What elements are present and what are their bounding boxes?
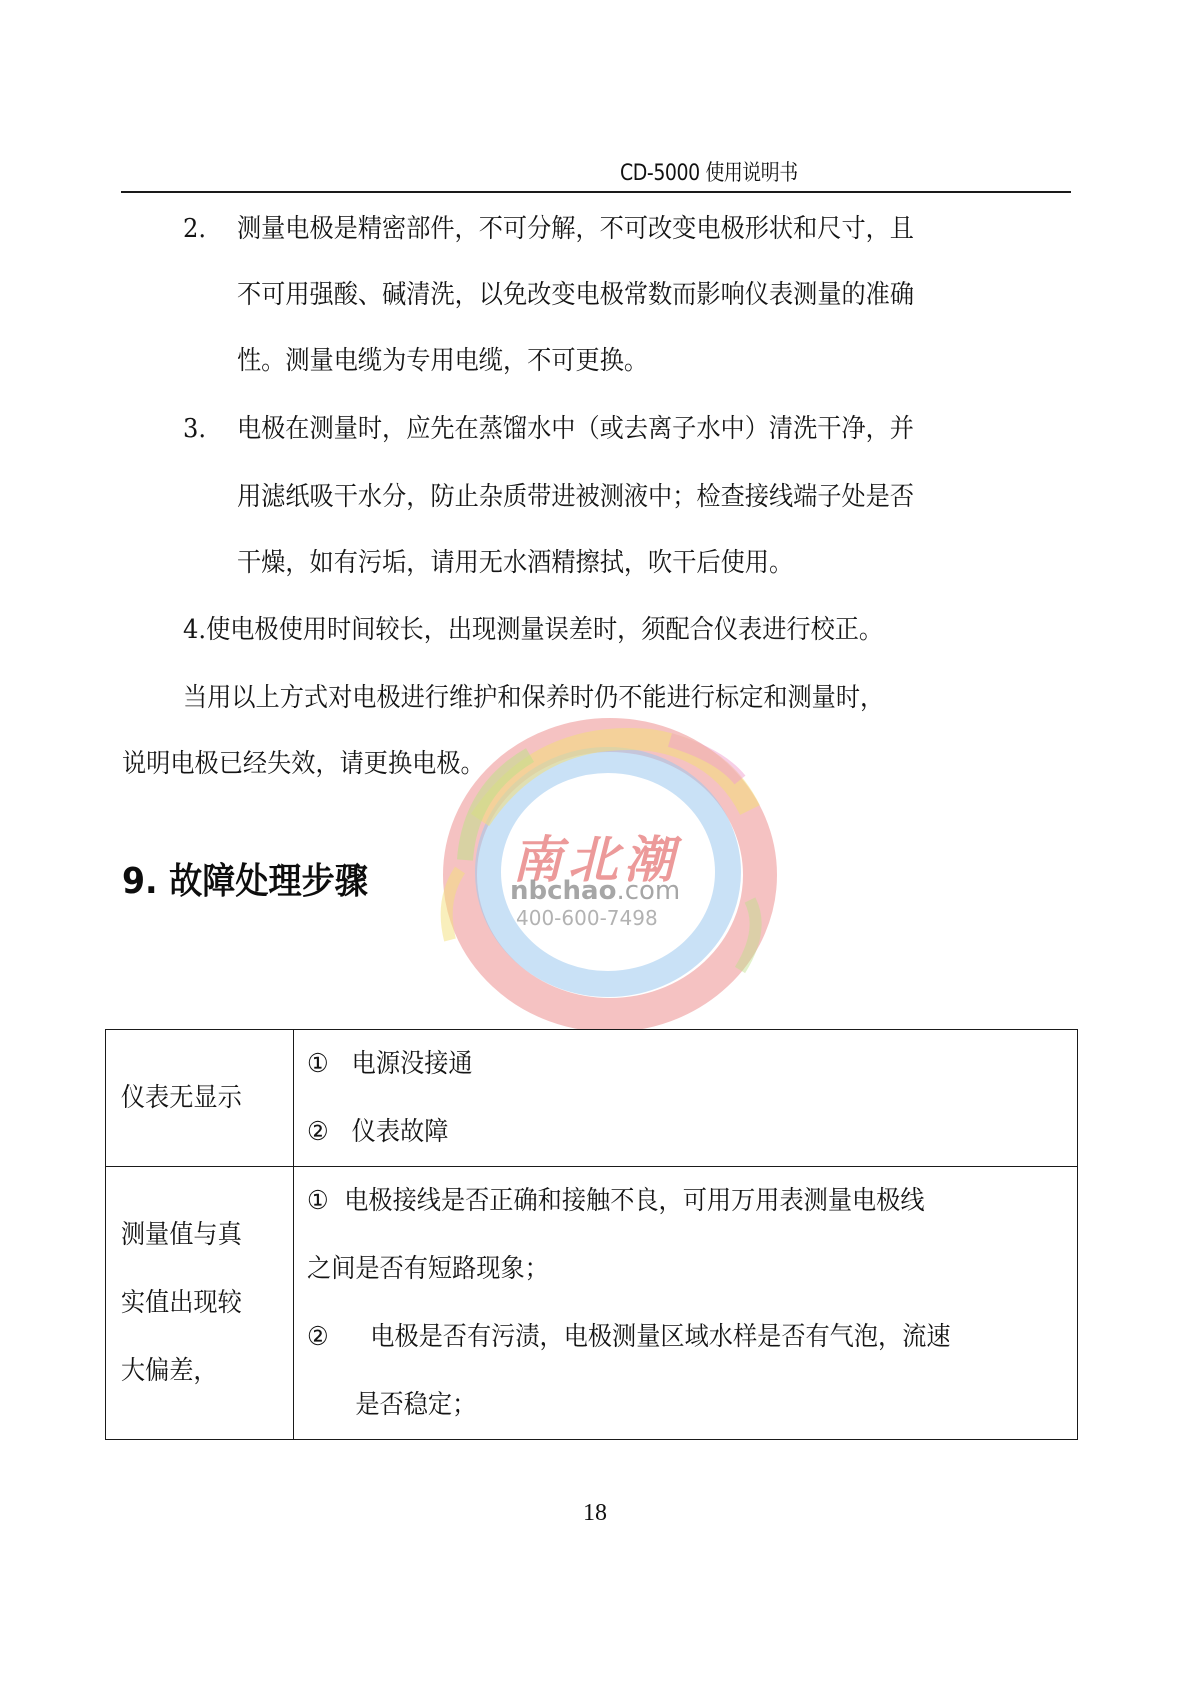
section-heading: 9. 故障处理步骤 bbox=[122, 862, 368, 902]
watermark-site-name: nbchao bbox=[510, 876, 616, 906]
closing-paragraph-line-2: 说明电极已经失效，请更换电极。 bbox=[122, 749, 485, 779]
symptom-cell: 测量值与真 实值出现较 大偏差， bbox=[106, 1167, 294, 1440]
cause-cell: ①电极接线是否正确和接触不良，可用万用表测量电极线 之间是否有短路现象； ②电极… bbox=[294, 1167, 1078, 1440]
cause-item: ①电源没接通 bbox=[294, 1030, 1022, 1098]
list-number: 3. bbox=[183, 414, 237, 444]
list-text: 测量电极是精密部件，不可分解，不可改变电极形状和尺寸，且 bbox=[237, 214, 914, 244]
manual-page: CD-5000 使用说明书 南北潮 nbchao.com 400-600-749… bbox=[0, 0, 1200, 1697]
list-item-2-line-2: 不可用强酸、碱清洗，以免改变电极常数而影响仪表测量的准确 bbox=[237, 280, 914, 310]
list-item-4: 4.使电极使用时间较长，出现测量误差时，须配合仪表进行校正。 bbox=[183, 615, 883, 645]
symptom-text-line: 实值出现较 bbox=[106, 1269, 280, 1337]
cause-text: 电极是否有污渍，电极测量区域水样是否有气泡，流速 bbox=[370, 1322, 950, 1352]
cause-item: ①电极接线是否正确和接触不良，可用万用表测量电极线 bbox=[294, 1167, 1022, 1235]
table-row: 测量值与真 实值出现较 大偏差， ①电极接线是否正确和接触不良，可用万用表测量电… bbox=[106, 1167, 1078, 1440]
page-number: 18 bbox=[583, 1500, 607, 1527]
cause-item-continued: 是否稳定； bbox=[294, 1371, 1022, 1439]
cause-text: 电极接线是否正确和接触不良，可用万用表测量电极线 bbox=[344, 1186, 924, 1216]
symptom-text: 仪表无显示 bbox=[106, 1064, 280, 1132]
symptom-text-line: 大偏差， bbox=[106, 1337, 280, 1405]
watermark-site-suffix: .com bbox=[616, 876, 680, 906]
list-item-2-line-1: 2.测量电极是精密部件，不可分解，不可改变电极形状和尺寸，且 bbox=[183, 214, 914, 244]
cause-item-continued: 之间是否有短路现象； bbox=[294, 1235, 1022, 1303]
circled-number: ① bbox=[307, 1030, 352, 1098]
watermark-phone: 400-600-7498 bbox=[516, 906, 658, 930]
symptom-cell: 仪表无显示 bbox=[106, 1030, 294, 1167]
list-number: 2. bbox=[183, 214, 237, 244]
circled-number: ② bbox=[307, 1303, 370, 1371]
watermark-site: nbchao.com bbox=[510, 876, 680, 906]
list-item-2-line-3: 性。测量电缆为专用电缆，不可更换。 bbox=[237, 346, 648, 376]
header-rule bbox=[121, 191, 1071, 193]
cause-item: ②电极是否有污渍，电极测量区域水样是否有气泡，流速 bbox=[294, 1303, 1022, 1371]
troubleshooting-table: 仪表无显示 ①电源没接通 ②仪表故障 测量值与真 实值出现较 大偏差， ①电极接… bbox=[105, 1029, 1078, 1440]
cause-text: 电源没接通 bbox=[352, 1049, 473, 1079]
table-row: 仪表无显示 ①电源没接通 ②仪表故障 bbox=[106, 1030, 1078, 1167]
cause-item: ②仪表故障 bbox=[294, 1098, 1022, 1166]
list-item-3-line-3: 干燥，如有污垢，请用无水酒精擦拭，吹干后使用。 bbox=[237, 548, 793, 578]
cause-cell: ①电源没接通 ②仪表故障 bbox=[294, 1030, 1078, 1167]
closing-paragraph-line-1: 当用以上方式对电极进行维护和保养时仍不能进行标定和测量时， bbox=[183, 683, 884, 713]
cause-text: 仪表故障 bbox=[352, 1117, 449, 1147]
list-number: 4. bbox=[183, 615, 206, 645]
list-item-3-line-1: 3.电极在测量时，应先在蒸馏水中（或去离子水中）清洗干净，并 bbox=[183, 414, 914, 444]
circled-number: ① bbox=[307, 1167, 344, 1235]
list-text: 电极在测量时，应先在蒸馏水中（或去离子水中）清洗干净，并 bbox=[237, 414, 914, 444]
symptom-text-line: 测量值与真 bbox=[106, 1201, 280, 1269]
running-header: CD-5000 使用说明书 bbox=[620, 156, 798, 187]
watermark-brand: 南北潮 bbox=[512, 820, 680, 892]
list-text: 使电极使用时间较长，出现测量误差时，须配合仪表进行校正。 bbox=[206, 615, 883, 645]
list-item-3-line-2: 用滤纸吸干水分，防止杂质带进被测液中；检查接线端子处是否 bbox=[237, 482, 914, 512]
circled-number: ② bbox=[307, 1098, 352, 1166]
